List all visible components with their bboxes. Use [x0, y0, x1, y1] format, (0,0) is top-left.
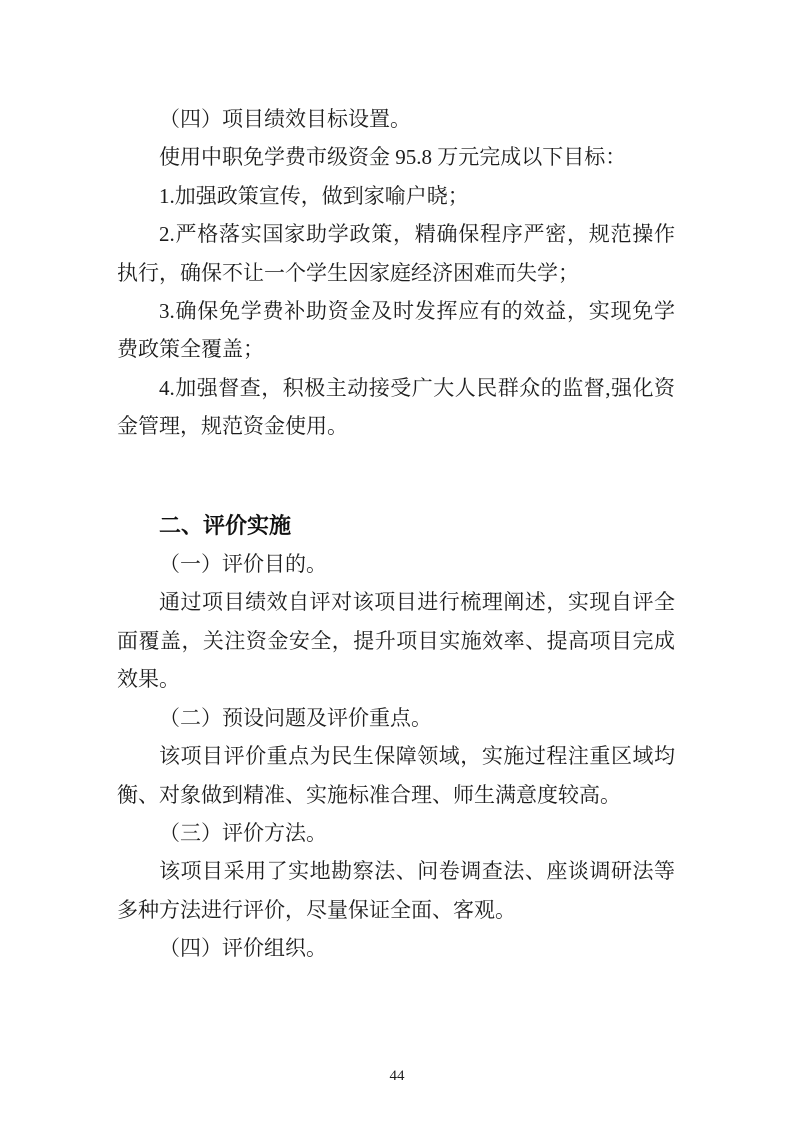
paragraph-eval-purpose-title: （一）评价目的。 [117, 545, 675, 583]
paragraph-eval-focus-title: （二）预设问题及评价重点。 [117, 699, 675, 737]
document-page: （四）项目绩效目标设置。 使用中职免学费市级资金 95.8 万元完成以下目标： … [0, 0, 794, 1123]
section-spacer [117, 446, 675, 507]
paragraph-eval-method-title: （三）评价方法。 [117, 814, 675, 852]
paragraph-eval-focus-body: 该项目评价重点为民生保障领域，实施过程注重区域均衡、对象做到精准、实施标准合理、… [117, 737, 675, 814]
paragraph-eval-organization-title: （四）评价组织。 [117, 929, 675, 967]
paragraph-goal-item-2: 2.严格落实国家助学政策，精确保程序严密，规范操作执行，确保不让一个学生因家庭经… [117, 215, 675, 292]
paragraph-goal-title: （四）项目绩效目标设置。 [117, 100, 675, 138]
paragraph-goal-item-1: 1.加强政策宣传，做到家喻户晓； [117, 177, 675, 215]
paragraph-goal-intro: 使用中职免学费市级资金 95.8 万元完成以下目标： [117, 138, 675, 176]
paragraph-eval-purpose-body: 通过项目绩效自评对该项目进行梳理阐述，实现自评全面覆盖，关注资金安全，提升项目实… [117, 583, 675, 698]
document-body: （四）项目绩效目标设置。 使用中职免学费市级资金 95.8 万元完成以下目标： … [117, 0, 675, 968]
section-heading-evaluation: 二、评价实施 [117, 507, 675, 545]
paragraph-goal-item-3: 3.确保免学费补助资金及时发挥应有的效益，实现免学费政策全覆盖； [117, 292, 675, 369]
paragraph-eval-method-body: 该项目采用了实地勘察法、问卷调查法、座谈调研法等多种方法进行评价，尽量保证全面、… [117, 852, 675, 929]
paragraph-goal-item-4: 4.加强督查，积极主动接受广大人民群众的监督,强化资金管理，规范资金使用。 [117, 369, 675, 446]
page-number: 44 [0, 1066, 794, 1086]
